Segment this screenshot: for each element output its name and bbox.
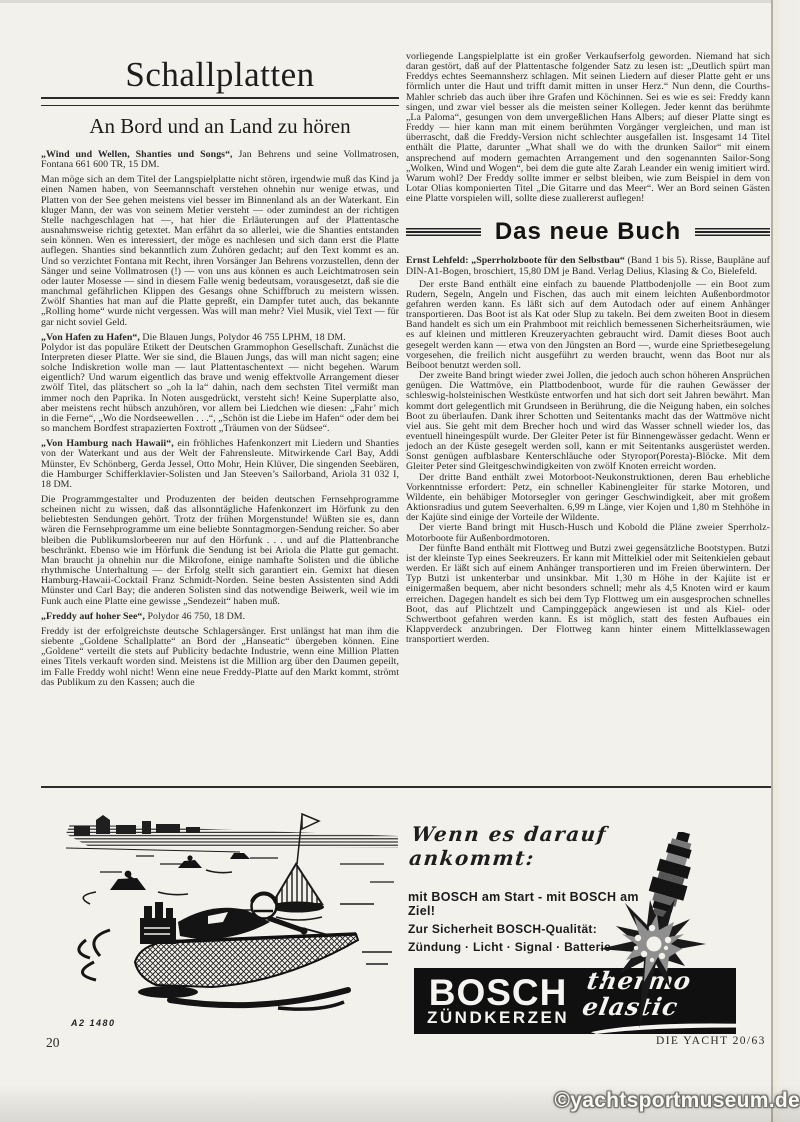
bosch-logo-subtext: ZÜNDKERZEN: [427, 1009, 569, 1027]
continuation-paragraph: vorliegende Langspielplatte ist ein groß…: [406, 52, 770, 204]
book-paragraph-2: Der zweite Band bringt wieder zwei Jolle…: [406, 371, 770, 473]
page-number: 20: [46, 1035, 60, 1051]
record-info-4: „Freddy auf hoher See“, Polydor 46 750, …: [41, 612, 399, 622]
bosch-logo-text: BOSCH: [427, 976, 569, 1009]
watermark: ©yachtsportmuseum.de: [554, 1089, 800, 1113]
page-title: Schallplatten: [41, 57, 399, 93]
shoreline-band: [66, 824, 398, 848]
book-info: Ernst Lehfeld: „Sperrholzboote für den S…: [406, 256, 770, 276]
title-rule: [41, 97, 399, 106]
magazine-page: Schallplatten An Bord und an Land zu hör…: [0, 0, 800, 1122]
section-subtitle: An Bord und an Land zu hören: [41, 114, 399, 138]
water-lines: [100, 856, 394, 882]
scan-edge-right-strip: [773, 0, 800, 1122]
spark-plug-illustration: [582, 832, 772, 1044]
record-review-2: Polydor ist das populäre Etikett der Deu…: [41, 343, 399, 434]
record-review-4: Freddy ist der erfolgreichste deutsche S…: [41, 627, 399, 688]
record-review-3: Die Programmgestalter und Produzenten de…: [41, 495, 399, 607]
illustrator-signature: A2 1480: [71, 1018, 116, 1028]
right-column: vorliegende Langspielplatte ist ein groß…: [406, 52, 770, 645]
main-speedboat: [79, 893, 392, 1009]
heading-rule-right: [695, 228, 770, 236]
background-boats: [110, 853, 250, 890]
speedboat-illustration: [40, 812, 400, 1027]
bottom-divider-rule: [41, 786, 771, 788]
book-paragraph-3: Der dritte Band enthält zwei Motorboot-N…: [406, 473, 770, 524]
spark-plug-body: [637, 832, 701, 940]
spark-starburst: [593, 899, 706, 1028]
scan-edge-top: [0, 0, 800, 3]
left-column: Schallplatten An Bord und an Land zu hör…: [41, 57, 399, 693]
record-title-4: „Freddy auf hoher See“,: [41, 611, 145, 622]
record-info-1: „Wind und Wellen, Shanties und Songs“, J…: [41, 150, 399, 170]
bosch-advert: Wenn es darauf ankommt: mit BOSCH am Sta…: [408, 820, 774, 1038]
bosch-logo-block: BOSCH ZÜNDKERZEN: [427, 976, 569, 1027]
book-paragraph-5: Der fünfte Band enthält mit Flottweg und…: [406, 544, 770, 646]
record-info-3: „Von Hamburg nach Hawaii“, ein fröhliche…: [41, 439, 399, 490]
heading-rule-left: [406, 228, 481, 236]
record-review-1: Man möge sich an dem Titel der Langspiel…: [41, 175, 399, 327]
record-details-4: Polydor 46 750, 18 DM.: [145, 611, 245, 622]
book-heading-title: Das neue Buch: [495, 218, 681, 246]
book-section-heading: Das neue Buch: [406, 218, 770, 246]
record-details-2: Die Blauen Jungs, Polydor 46 755 LPHM, 1…: [140, 332, 346, 343]
book-paragraph-1: Der erste Band enthält eine einfach zu b…: [406, 280, 770, 371]
record-title-2: „Von Hafen zu Hafen“,: [41, 332, 140, 343]
book-paragraph-4: Der vierte Band bringt mit Husch-Husch u…: [406, 523, 770, 543]
